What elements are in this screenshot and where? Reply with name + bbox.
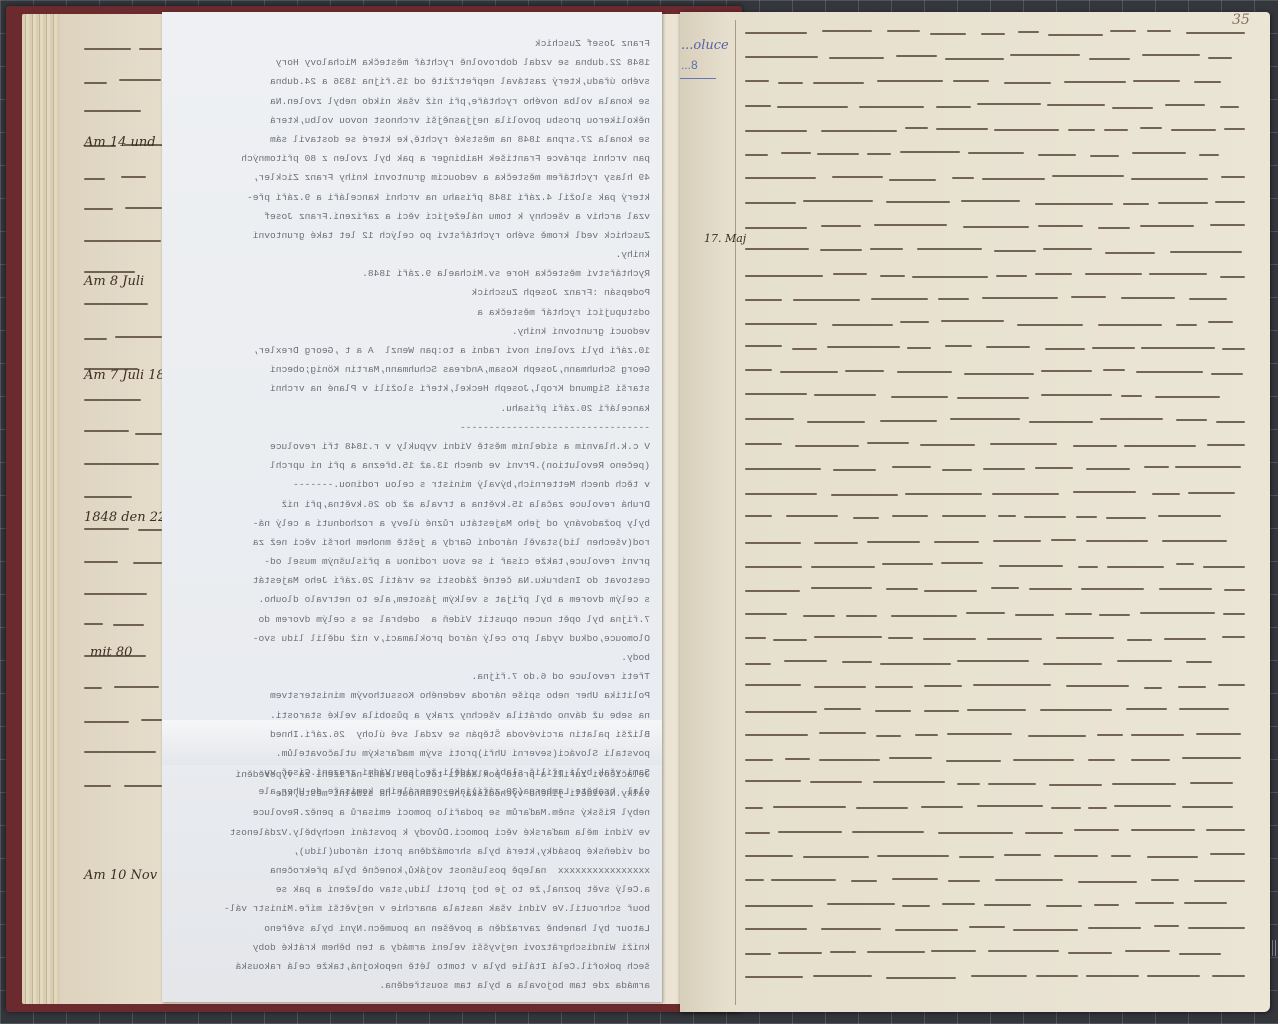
handwriting-stroke xyxy=(745,542,801,544)
blue-pencil-underline xyxy=(680,78,716,79)
handwriting-stroke xyxy=(780,371,838,373)
handwriting-stroke xyxy=(1088,927,1141,929)
handwriting-stroke xyxy=(745,515,772,517)
handwriting-stroke xyxy=(936,128,987,130)
handwriting-stroke xyxy=(1081,588,1144,590)
handwriting-stroke xyxy=(84,110,141,112)
typed-line: Podepsán :Franz Joseph Zuschick xyxy=(170,283,650,302)
handwriting-stroke xyxy=(1158,515,1221,517)
handwriting-stroke xyxy=(813,82,864,84)
handwriting-stroke xyxy=(1090,155,1119,157)
handwriting-stroke xyxy=(745,227,807,229)
handwriting-stroke xyxy=(1105,252,1155,254)
handwriting-stroke xyxy=(1179,708,1229,710)
handwriting-stroke xyxy=(84,496,132,498)
handwriting-stroke xyxy=(867,951,925,953)
handwriting-stroke xyxy=(1223,613,1245,615)
handwriting-stroke xyxy=(810,781,862,783)
handwriting-stroke xyxy=(917,248,982,250)
typed-line: rod(všechen lid)stavěl národní Gardy a j… xyxy=(170,533,650,552)
handwriting-stroke xyxy=(1224,589,1245,591)
handwriting-stroke xyxy=(773,806,846,808)
typed-line: se konala volba nového rychtáře,při níž … xyxy=(170,92,650,111)
handwriting-stroke xyxy=(1100,418,1163,420)
handwriting-stroke xyxy=(1207,444,1245,446)
handwriting-stroke xyxy=(817,153,859,155)
handwriting-stroke xyxy=(1046,905,1082,907)
handwriting-stroke xyxy=(1099,614,1130,616)
handwriting-stroke xyxy=(870,248,904,250)
handwriting-stroke xyxy=(745,637,766,639)
handwriting-stroke xyxy=(998,515,1016,517)
handwriting-stroke xyxy=(84,208,113,210)
typed-line: Franz Josef Zuschick xyxy=(170,34,650,53)
handwriting-stroke xyxy=(133,562,162,564)
handwriting-stroke xyxy=(1203,566,1245,568)
handwriting-stroke xyxy=(1175,466,1241,468)
handwriting-stroke xyxy=(984,904,1031,906)
handwriting-stroke xyxy=(773,639,807,641)
typed-line: starší Sigmund Kropl,Joseph Heckel,kteří… xyxy=(170,379,650,398)
handwriting-stroke xyxy=(1103,369,1125,371)
typed-line: body. xyxy=(170,648,650,667)
typed-line: bouř schroutil.Ve Vídni však nastala ana… xyxy=(170,899,650,918)
typed-line: vzal archiv a všechny k tomu náležející … xyxy=(170,207,650,226)
typed-line: Olomouce,odkud vydal pro celý národ prok… xyxy=(170,629,650,648)
handwriting-stroke xyxy=(821,130,896,132)
handwriting-stroke xyxy=(924,685,962,687)
right-handwritten-page xyxy=(680,12,1270,1012)
handwriting-stroke xyxy=(920,444,975,446)
typed-line: který pak složil 4.září 1848 přísahu na … xyxy=(170,188,650,207)
handwriting-stroke xyxy=(1018,31,1040,33)
handwriting-stroke xyxy=(880,275,905,277)
handwriting-stroke xyxy=(1112,107,1153,109)
handwriting-stroke xyxy=(852,831,924,833)
handwriting-stroke xyxy=(745,566,802,568)
handwriting-stroke xyxy=(1149,273,1206,275)
handwriting-stroke xyxy=(745,32,807,34)
handwriting-stroke xyxy=(892,515,927,517)
handwriting-stroke xyxy=(771,879,836,881)
handwriting-stroke xyxy=(874,224,948,226)
handwriting-stroke xyxy=(1140,225,1195,227)
handwriting-stroke xyxy=(84,785,111,787)
handwriting-stroke xyxy=(961,200,1020,202)
typed-line: byly požadovány od jeho Majestátu různé … xyxy=(170,514,650,533)
handwriting-stroke xyxy=(1125,950,1170,952)
typed-line: několikerou prosbu povolila nejjasnější … xyxy=(170,111,650,130)
handwriting-stroke xyxy=(1206,829,1245,831)
handwriting-stroke xyxy=(971,975,1027,977)
handwriting-stroke xyxy=(856,807,908,809)
typed-line: --------------------------------- xyxy=(170,418,650,437)
handwriting-stroke xyxy=(842,661,872,663)
typed-line: Třetí revoluce od 6.do 7.října. xyxy=(170,667,650,686)
handwriting-stroke xyxy=(1178,686,1206,688)
handwriting-stroke xyxy=(991,587,1019,589)
typed-line: Zuschick vedl kromě svého rychtářství po… xyxy=(170,226,650,245)
typed-line: knihy. xyxy=(170,245,650,264)
handwriting-stroke xyxy=(745,130,807,132)
handwriting-stroke xyxy=(829,57,884,59)
handwriting-stroke xyxy=(745,807,763,809)
handwriting-stroke xyxy=(785,758,810,760)
handwriting-stroke xyxy=(946,760,1001,762)
handwriting-stroke xyxy=(1078,566,1099,568)
handwriting-stroke xyxy=(84,463,159,465)
handwriting-stroke xyxy=(831,494,898,496)
handwriting-stroke xyxy=(1194,880,1245,882)
handwriting-stroke xyxy=(875,686,912,688)
handwriting-stroke xyxy=(135,433,162,435)
handwriting-stroke xyxy=(1147,856,1198,858)
handwriting-stroke xyxy=(1208,57,1231,59)
handwriting-stroke xyxy=(1189,298,1227,300)
handwriting-stroke xyxy=(1076,516,1097,518)
handwriting-stroke xyxy=(1106,517,1145,519)
handwriting-stroke xyxy=(84,751,156,753)
handwriting-stroke xyxy=(1045,348,1086,350)
handwriting-stroke xyxy=(803,200,873,202)
handwriting-stroke xyxy=(907,347,932,349)
handwriting-stroke xyxy=(924,590,976,592)
handwriting-stroke xyxy=(1107,566,1164,568)
handwriting-stroke xyxy=(1104,129,1129,131)
handwriting-stroke xyxy=(1035,203,1113,205)
handwriting-stroke xyxy=(84,178,105,180)
handwriting-stroke xyxy=(990,443,1058,445)
typed-line: xxxxxxxxxxxxxxxx nalepě poslušnost voják… xyxy=(170,861,650,880)
handwriting-stroke xyxy=(871,298,928,300)
handwriting-stroke xyxy=(813,975,872,977)
handwriting-stroke xyxy=(887,30,920,32)
handwriting-stroke xyxy=(1086,468,1130,470)
handwriting-stroke xyxy=(803,615,835,617)
handwriting-stroke xyxy=(821,225,861,227)
handwriting-stroke xyxy=(745,177,816,179)
handwriting-stroke xyxy=(915,734,938,736)
handwriting-stroke xyxy=(877,80,943,82)
handwriting-stroke xyxy=(982,297,1058,299)
handwriting-stroke xyxy=(921,806,963,808)
handwriting-stroke xyxy=(873,781,945,783)
handwriting-stroke xyxy=(963,226,1030,228)
handwriting-stroke xyxy=(853,517,879,519)
handwriting-stroke xyxy=(889,179,936,181)
handwriting-stroke xyxy=(745,493,817,495)
handwriting-stroke xyxy=(1131,178,1208,180)
handwriting-stroke xyxy=(1131,734,1184,736)
handwriting-stroke xyxy=(745,759,773,761)
handwriting-stroke xyxy=(905,493,982,495)
handwriting-stroke xyxy=(778,82,803,84)
handwriting-stroke xyxy=(993,540,1041,542)
handwriting-stroke xyxy=(892,878,939,880)
handwriting-stroke xyxy=(1218,684,1245,686)
handwriting-stroke xyxy=(1089,58,1130,60)
handwriting-stroke xyxy=(1017,324,1083,326)
handwriting-stroke xyxy=(1049,784,1102,786)
handwriting-stroke xyxy=(897,371,952,373)
handwriting-stroke xyxy=(902,905,930,907)
handwriting-stroke xyxy=(1036,975,1078,977)
handwriting-stroke xyxy=(1124,445,1196,447)
handwriting-stroke xyxy=(1176,419,1207,421)
handwriting-stroke xyxy=(745,855,793,857)
typed-line: V c.k.hlavním a sídelním městě Vídni vyp… xyxy=(170,437,650,456)
handwriting-stroke xyxy=(957,660,1029,662)
handwriting-stroke xyxy=(745,345,782,347)
typed-line: války.Neviděli jiného východiska,než táh… xyxy=(170,784,650,803)
handwriting-stroke xyxy=(84,623,103,625)
handwriting-stroke xyxy=(786,515,838,517)
handwriting-stroke xyxy=(745,976,803,978)
handwriting-stroke xyxy=(1224,128,1245,130)
typed-line: kanceláři 20.září přísahu. xyxy=(170,399,650,418)
handwriting-stroke xyxy=(988,783,1036,785)
typed-line: od vídeňské posádky,která byla shromáždě… xyxy=(170,842,650,861)
handwriting-stroke xyxy=(745,248,809,250)
handwriting-stroke xyxy=(1221,176,1245,178)
handwriting-stroke xyxy=(1013,929,1078,931)
handwriting-stroke xyxy=(745,56,818,58)
handwriting-stroke xyxy=(745,275,823,277)
handwriting-stroke xyxy=(886,588,918,590)
handwriting-stroke xyxy=(1188,927,1245,929)
handwriting-stroke xyxy=(1215,201,1245,203)
handwriting-stroke xyxy=(1004,82,1051,84)
handwriting-stroke xyxy=(1220,276,1245,278)
handwriting-stroke xyxy=(1186,32,1245,34)
handwriting-stroke xyxy=(745,663,771,665)
handwriting-stroke xyxy=(1131,829,1194,831)
handwriting-stroke xyxy=(1086,975,1139,977)
handwriting-stroke xyxy=(957,783,980,785)
handwriting-stroke xyxy=(1038,225,1082,227)
handwriting-stroke xyxy=(1040,709,1112,711)
handwriting-stroke xyxy=(1086,540,1149,542)
handwriting-stroke xyxy=(819,759,880,761)
handwriting-stroke xyxy=(1047,104,1105,106)
handwriting-stroke xyxy=(877,855,950,857)
handwriting-stroke xyxy=(745,468,821,470)
handwriting-stroke xyxy=(987,638,1042,640)
handwriting-stroke xyxy=(820,249,862,251)
handwriting-stroke xyxy=(830,951,856,953)
handwriting-stroke xyxy=(811,566,875,568)
handwriting-stroke xyxy=(880,420,937,422)
handwriting-stroke xyxy=(891,615,956,617)
handwriting-stroke xyxy=(986,346,1030,348)
handwriting-stroke xyxy=(1194,81,1221,83)
left-margin-fragment: Am 10 Nov xyxy=(84,868,157,883)
left-margin-fragment: Am 8 Juli xyxy=(84,274,144,289)
handwriting-stroke xyxy=(1048,34,1102,36)
handwriting-stroke xyxy=(1024,516,1066,518)
handwriting-stroke xyxy=(1078,881,1136,883)
typed-line: 7.října byl opět nucen opustit Vídeň a o… xyxy=(170,610,650,629)
handwriting-stroke xyxy=(988,950,1060,952)
handwriting-stroke xyxy=(1182,806,1233,808)
typed-line: svého úřadu,který zastával nepřetržitě o… xyxy=(170,72,650,91)
typed-line: kníži Windischgrätzovi nejvyšší velení a… xyxy=(170,938,650,957)
handwriting-stroke xyxy=(814,542,858,544)
handwriting-stroke xyxy=(115,336,162,338)
handwriting-stroke xyxy=(957,397,1029,399)
handwriting-stroke xyxy=(795,445,860,447)
handwriting-stroke xyxy=(942,903,974,905)
handwriting-stroke xyxy=(84,82,107,84)
handwriting-stroke xyxy=(930,33,966,35)
handwriting-stroke xyxy=(977,805,1043,807)
typed-line: Georg Schuhmann,Joseph Kosam,Andreas Sch… xyxy=(170,360,650,379)
handwriting-stroke xyxy=(833,273,867,275)
handwriting-stroke xyxy=(1176,563,1194,565)
right-margin-date-note: 17. Maj xyxy=(704,232,746,245)
handwriting-stroke xyxy=(84,240,161,242)
handwriting-stroke xyxy=(793,299,860,301)
handwriting-stroke xyxy=(1158,202,1208,204)
handwriting-stroke xyxy=(945,345,972,347)
handwriting-stroke xyxy=(1041,370,1092,372)
handwriting-stroke xyxy=(1176,324,1198,326)
handwriting-stroke xyxy=(745,879,764,881)
handwriting-stroke xyxy=(792,348,817,350)
handwriting-stroke xyxy=(84,48,131,50)
handwriting-stroke xyxy=(745,711,817,713)
handwriting-stroke xyxy=(745,905,813,907)
handwriting-stroke xyxy=(1043,663,1102,665)
handwriting-stroke xyxy=(814,636,881,638)
handwriting-stroke xyxy=(814,394,876,396)
handwriting-stroke xyxy=(1025,832,1063,834)
handwriting-stroke xyxy=(938,832,1013,834)
handwriting-stroke xyxy=(1035,273,1072,275)
handwriting-stroke xyxy=(1186,661,1212,663)
handwriting-stroke xyxy=(994,129,1058,131)
handwriting-stroke xyxy=(1127,639,1152,641)
handwriting-stroke xyxy=(84,528,129,530)
handwriting-stroke xyxy=(867,153,891,155)
handwriting-stroke xyxy=(895,929,959,931)
handwriting-stroke xyxy=(880,663,951,665)
handwriting-stroke xyxy=(936,106,970,108)
page-number: 35 xyxy=(1232,12,1250,28)
typed-line: Druhá revoluce začala 15.května a trvala… xyxy=(170,495,650,514)
handwriting-stroke xyxy=(1068,129,1095,131)
handwriting-stroke xyxy=(1162,540,1227,542)
handwriting-stroke xyxy=(1094,904,1119,906)
handwriting-stroke xyxy=(1142,54,1199,56)
handwriting-stroke xyxy=(1073,491,1136,493)
typed-line: odstupující rychtář městečka a xyxy=(170,303,650,322)
handwriting-stroke xyxy=(1208,321,1233,323)
handwriting-stroke xyxy=(1131,759,1170,761)
handwriting-stroke xyxy=(745,369,772,371)
handwriting-stroke xyxy=(1117,660,1172,662)
handwriting-stroke xyxy=(1152,493,1180,495)
handwriting-stroke xyxy=(824,708,860,710)
handwriting-stroke xyxy=(1071,296,1106,298)
handwriting-stroke xyxy=(1132,152,1187,154)
handwriting-stroke xyxy=(125,207,162,209)
handwriting-stroke xyxy=(950,418,1021,420)
handwriting-stroke xyxy=(1222,636,1245,638)
handwriting-stroke xyxy=(832,324,892,326)
handwriting-stroke xyxy=(977,103,1041,105)
handwriting-stroke xyxy=(891,396,948,398)
handwriting-stroke xyxy=(821,928,881,930)
handwriting-stroke xyxy=(923,638,976,640)
typed-line: Jelačićovi zuřili a proto pokládali toto… xyxy=(170,765,650,784)
handwriting-stroke xyxy=(1098,227,1130,229)
blue-pencil-note-sub: ...8 xyxy=(681,58,698,72)
typed-line: Bližší palatin arcivévoda Štěpán se vzda… xyxy=(170,725,650,744)
handwriting-stroke xyxy=(867,541,919,543)
handwriting-stroke xyxy=(1212,975,1245,977)
typed-line: se konala 27.srpna 1848 na městské rycht… xyxy=(170,130,650,149)
handwriting-stroke xyxy=(1159,588,1212,590)
typed-line: cestovat do Insbruku.Na četné žádosti se… xyxy=(170,571,650,590)
handwriting-stroke xyxy=(1043,248,1092,250)
handwriting-stroke xyxy=(1164,638,1206,640)
handwriting-stroke xyxy=(900,321,929,323)
handwriting-stroke xyxy=(745,832,770,834)
handwriting-stroke xyxy=(1056,637,1114,639)
typed-line: (pečeno Revolution).První ve dnech 13.až… xyxy=(170,456,650,475)
handwriting-stroke xyxy=(1051,539,1076,541)
handwriting-stroke xyxy=(1136,371,1203,373)
handwriting-stroke xyxy=(745,443,782,445)
handwriting-stroke xyxy=(745,154,768,156)
handwriting-stroke xyxy=(1171,129,1215,131)
typed-line: 1848 22.dubna se vzdal dobrovolně rychtá… xyxy=(170,53,650,72)
handwriting-stroke xyxy=(1112,783,1175,785)
handwriting-stroke xyxy=(886,201,951,203)
handwriting-stroke xyxy=(1085,273,1142,275)
handwriting-stroke xyxy=(983,468,1025,470)
handwriting-stroke xyxy=(84,399,141,401)
handwriting-stroke xyxy=(859,106,924,108)
typed-line: vedoucí gruntovní knihy. xyxy=(170,322,650,341)
handwriting-stroke xyxy=(1121,395,1142,397)
handwriting-stroke xyxy=(1184,902,1227,904)
handwriting-stroke xyxy=(1038,154,1076,156)
handwriting-stroke xyxy=(964,373,1035,375)
handwriting-stroke xyxy=(1216,421,1245,423)
handwriting-stroke xyxy=(969,926,1006,928)
handwriting-stroke xyxy=(141,719,162,721)
typed-line: na sebe už dávno obrátila všechny zraky … xyxy=(170,706,650,725)
handwriting-stroke xyxy=(1179,953,1221,955)
handwriting-stroke xyxy=(1051,807,1081,809)
typed-line: pan vrchní správce František Haibinger a… xyxy=(170,149,650,168)
handwriting-stroke xyxy=(995,879,1063,881)
handwriting-stroke xyxy=(912,276,988,278)
handwriting-stroke xyxy=(1211,373,1243,375)
handwriting-stroke xyxy=(900,151,960,153)
handwriting-stroke xyxy=(1035,467,1073,469)
typed-line: Latour byl hanebně zavražděn a pověšen n… xyxy=(170,919,650,938)
handwriting-stroke xyxy=(1170,251,1242,253)
handwriting-stroke xyxy=(981,33,1005,35)
typed-line: s celým dvorem a byl přijat s velkým jás… xyxy=(170,590,650,609)
handwriting-stroke xyxy=(745,734,808,736)
handwriting-stroke xyxy=(973,684,1051,686)
handwriting-stroke xyxy=(745,590,800,592)
handwriting-stroke xyxy=(827,346,899,348)
